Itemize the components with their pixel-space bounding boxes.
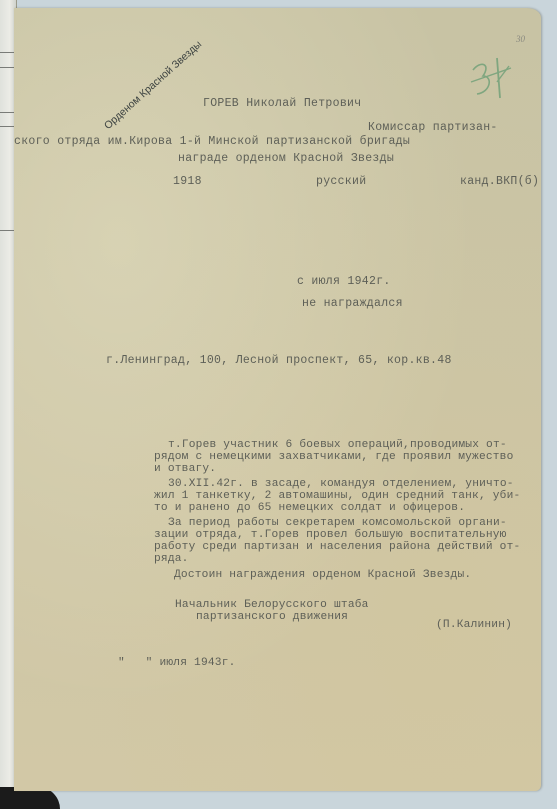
document-date: " " июля 1943г. [118, 658, 236, 670]
paragraph-1-line-3: и отвагу. [154, 464, 216, 476]
binder-mark [0, 52, 14, 53]
signatory-title-line-1: Начальник Белорусского штаба [175, 600, 369, 612]
award-stamp: Орденом Красной Звезды [102, 38, 204, 132]
full-name: ГОРЕВ Николай Петрович [203, 98, 361, 110]
paragraph-2-line-1: 30.XII.42г. в засаде, командуя отделение… [168, 479, 514, 491]
signatory-title-line-2: партизанского движения [196, 612, 348, 624]
paragraph-3-line-1: За период работы секретарем комсомольско… [168, 518, 507, 530]
previous-awards: не награждался [302, 298, 403, 310]
birth-year: 1918 [173, 176, 202, 188]
archive-page-number-small: 30 [516, 34, 525, 44]
position-line-2: ского отряда им.Кирова 1-й Минской парти… [14, 136, 410, 148]
paragraph-3-line-4: ряда. [154, 554, 189, 566]
paragraph-1-line-2: рядом с немецкими захватчиками, где проя… [154, 452, 514, 464]
nationality: русский [316, 176, 366, 188]
paragraph-2-line-2: жил 1 танкетку, 2 автомашины, один средн… [154, 491, 520, 503]
paragraph-3-line-2: зации отряда, т.Горев провел большую вос… [154, 530, 507, 542]
home-address: г.Ленинград, 100, Лесной проспект, 65, к… [106, 355, 452, 367]
recommendation-conclusion: Достоин награждения орденом Красной Звез… [174, 570, 471, 582]
binder-mark [0, 112, 14, 113]
paragraph-2-line-3: то и ранено до 65 немецких солдат и офиц… [154, 503, 465, 515]
service-since: с июля 1942г. [297, 276, 391, 288]
archive-page-number-pencil-icon [467, 52, 517, 102]
party-membership: канд.ВКП(б) [460, 176, 539, 188]
binder-mark [0, 67, 14, 68]
paragraph-3-line-3: работу среди партизан и населения района… [154, 542, 520, 554]
binder-mark [0, 230, 14, 231]
paragraph-1-line-1: т.Горев участник 6 боевых операций,прово… [168, 440, 507, 452]
signatory-name: (П.Калинин) [436, 620, 512, 632]
position-line-1: Комиссар партизан- [368, 122, 498, 134]
award-line: награде орденом Красной Звезды [178, 153, 394, 165]
document-page: 30 Орденом Красной Звезды ГОРЕВ Николай … [14, 8, 541, 791]
binder-mark [0, 126, 14, 127]
